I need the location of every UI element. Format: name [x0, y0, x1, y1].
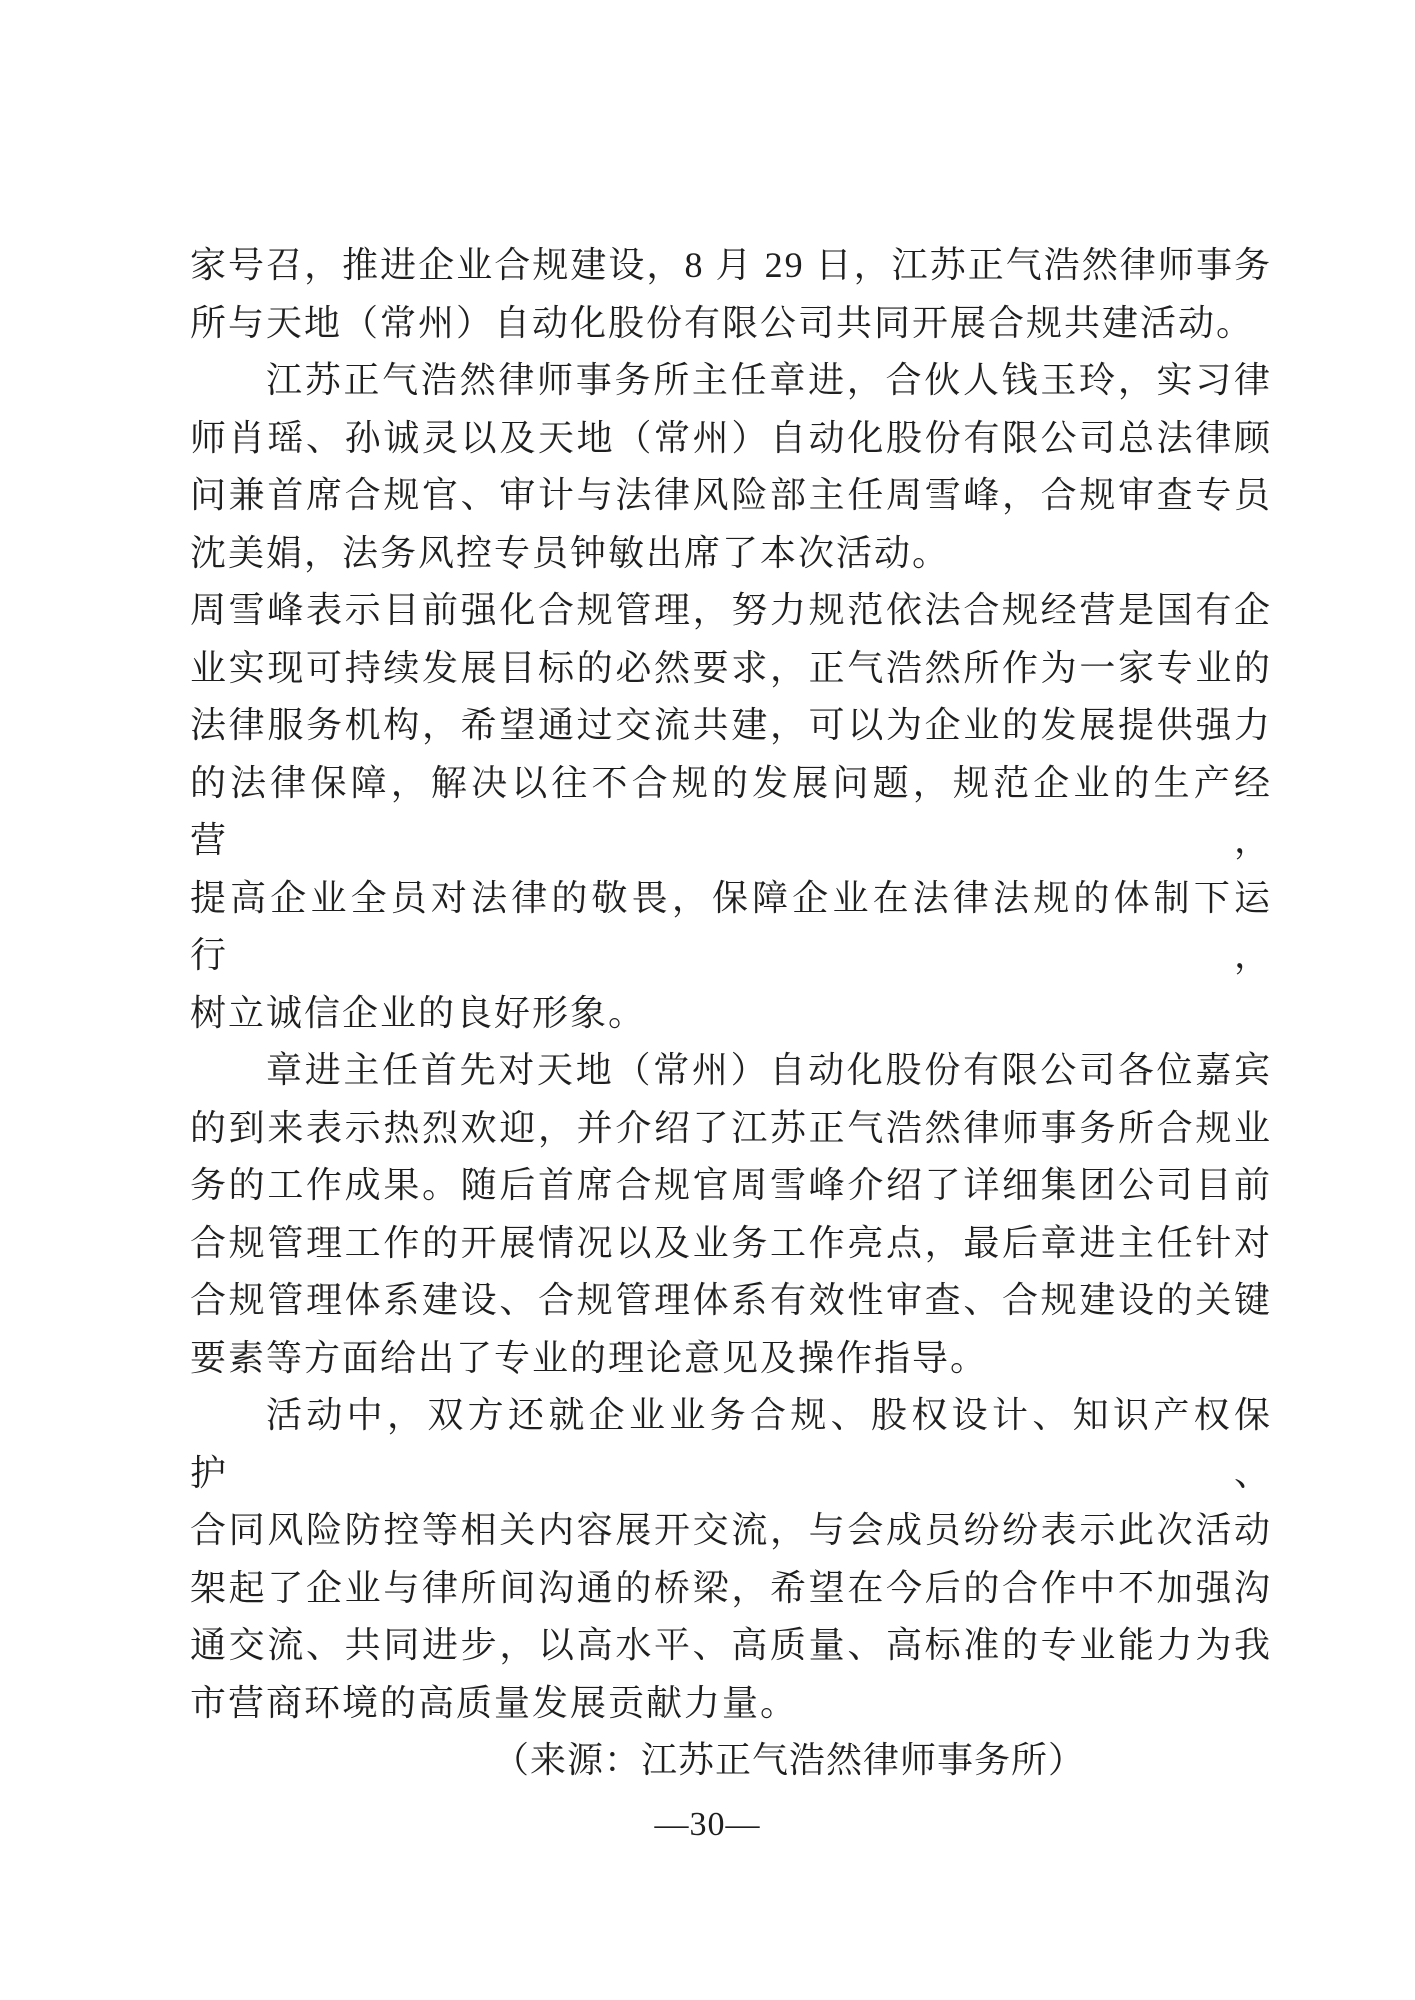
- body-line: 通交流、共同进步，以高水平、高质量、高标准的专业能力为我: [190, 1617, 1272, 1675]
- body-line: 务的工作成果。随后首席合规官周雪峰介绍了详细集团公司目前: [190, 1157, 1272, 1215]
- body-line: 要素等方面给出了专业的理论意见及操作指导。: [190, 1330, 1272, 1388]
- body-line: 合同风险防控等相关内容展开交流，与会成员纷纷表示此次活动: [190, 1502, 1272, 1560]
- body-line: 的法律保障，解决以往不合规的发展问题，规范企业的生产经营，: [190, 755, 1272, 870]
- body-line: 章进主任首先对天地（常州）自动化股份有限公司各位嘉宾: [190, 1042, 1272, 1100]
- body-line: 活动中，双方还就企业业务合规、股权设计、知识产权保护、: [190, 1387, 1272, 1502]
- document-body: 家号召，推进企业合规建设，8 月 29 日，江苏正气浩然律师事务 所与天地（常州…: [190, 237, 1272, 1790]
- body-line: 业实现可持续发展目标的必然要求，正气浩然所作为一家专业的: [190, 640, 1272, 698]
- body-line: 周雪峰表示目前强化合规管理，努力规范依法合规经营是国有企: [190, 582, 1272, 640]
- body-line: 法律服务机构，希望通过交流共建，可以为企业的发展提供强力: [190, 697, 1272, 755]
- body-line: 家号召，推进企业合规建设，8 月 29 日，江苏正气浩然律师事务: [190, 237, 1272, 295]
- body-line: 江苏正气浩然律师事务所主任章进，合伙人钱玉玲，实习律: [190, 352, 1272, 410]
- body-line: 合规管理工作的开展情况以及业务工作亮点，最后章进主任针对: [190, 1215, 1272, 1273]
- body-line: 问兼首席合规官、审计与法律风险部主任周雪峰，合规审查专员: [190, 467, 1272, 525]
- body-line: 市营商环境的高质量发展贡献力量。: [190, 1675, 1272, 1733]
- source-attribution: （来源：江苏正气浩然律师事务所）: [190, 1732, 1272, 1790]
- page-number: —30—: [0, 1806, 1415, 1844]
- body-line: 师肖瑶、孙诚灵以及天地（常州）自动化股份有限公司总法律顾: [190, 410, 1272, 468]
- document-page: 家号召，推进企业合规建设，8 月 29 日，江苏正气浩然律师事务 所与天地（常州…: [0, 0, 1415, 2000]
- body-line: 所与天地（常州）自动化股份有限公司共同开展合规共建活动。: [190, 295, 1272, 353]
- body-line: 树立诚信企业的良好形象。: [190, 985, 1272, 1043]
- body-line: 合规管理体系建设、合规管理体系有效性审查、合规建设的关键: [190, 1272, 1272, 1330]
- body-line: 架起了企业与律所间沟通的桥梁，希望在今后的合作中不加强沟: [190, 1560, 1272, 1618]
- body-line: 沈美娟，法务风控专员钟敏出席了本次活动。: [190, 525, 1272, 583]
- body-line: 提高企业全员对法律的敬畏，保障企业在法律法规的体制下运行，: [190, 870, 1272, 985]
- body-line: 的到来表示热烈欢迎，并介绍了江苏正气浩然律师事务所合规业: [190, 1100, 1272, 1158]
